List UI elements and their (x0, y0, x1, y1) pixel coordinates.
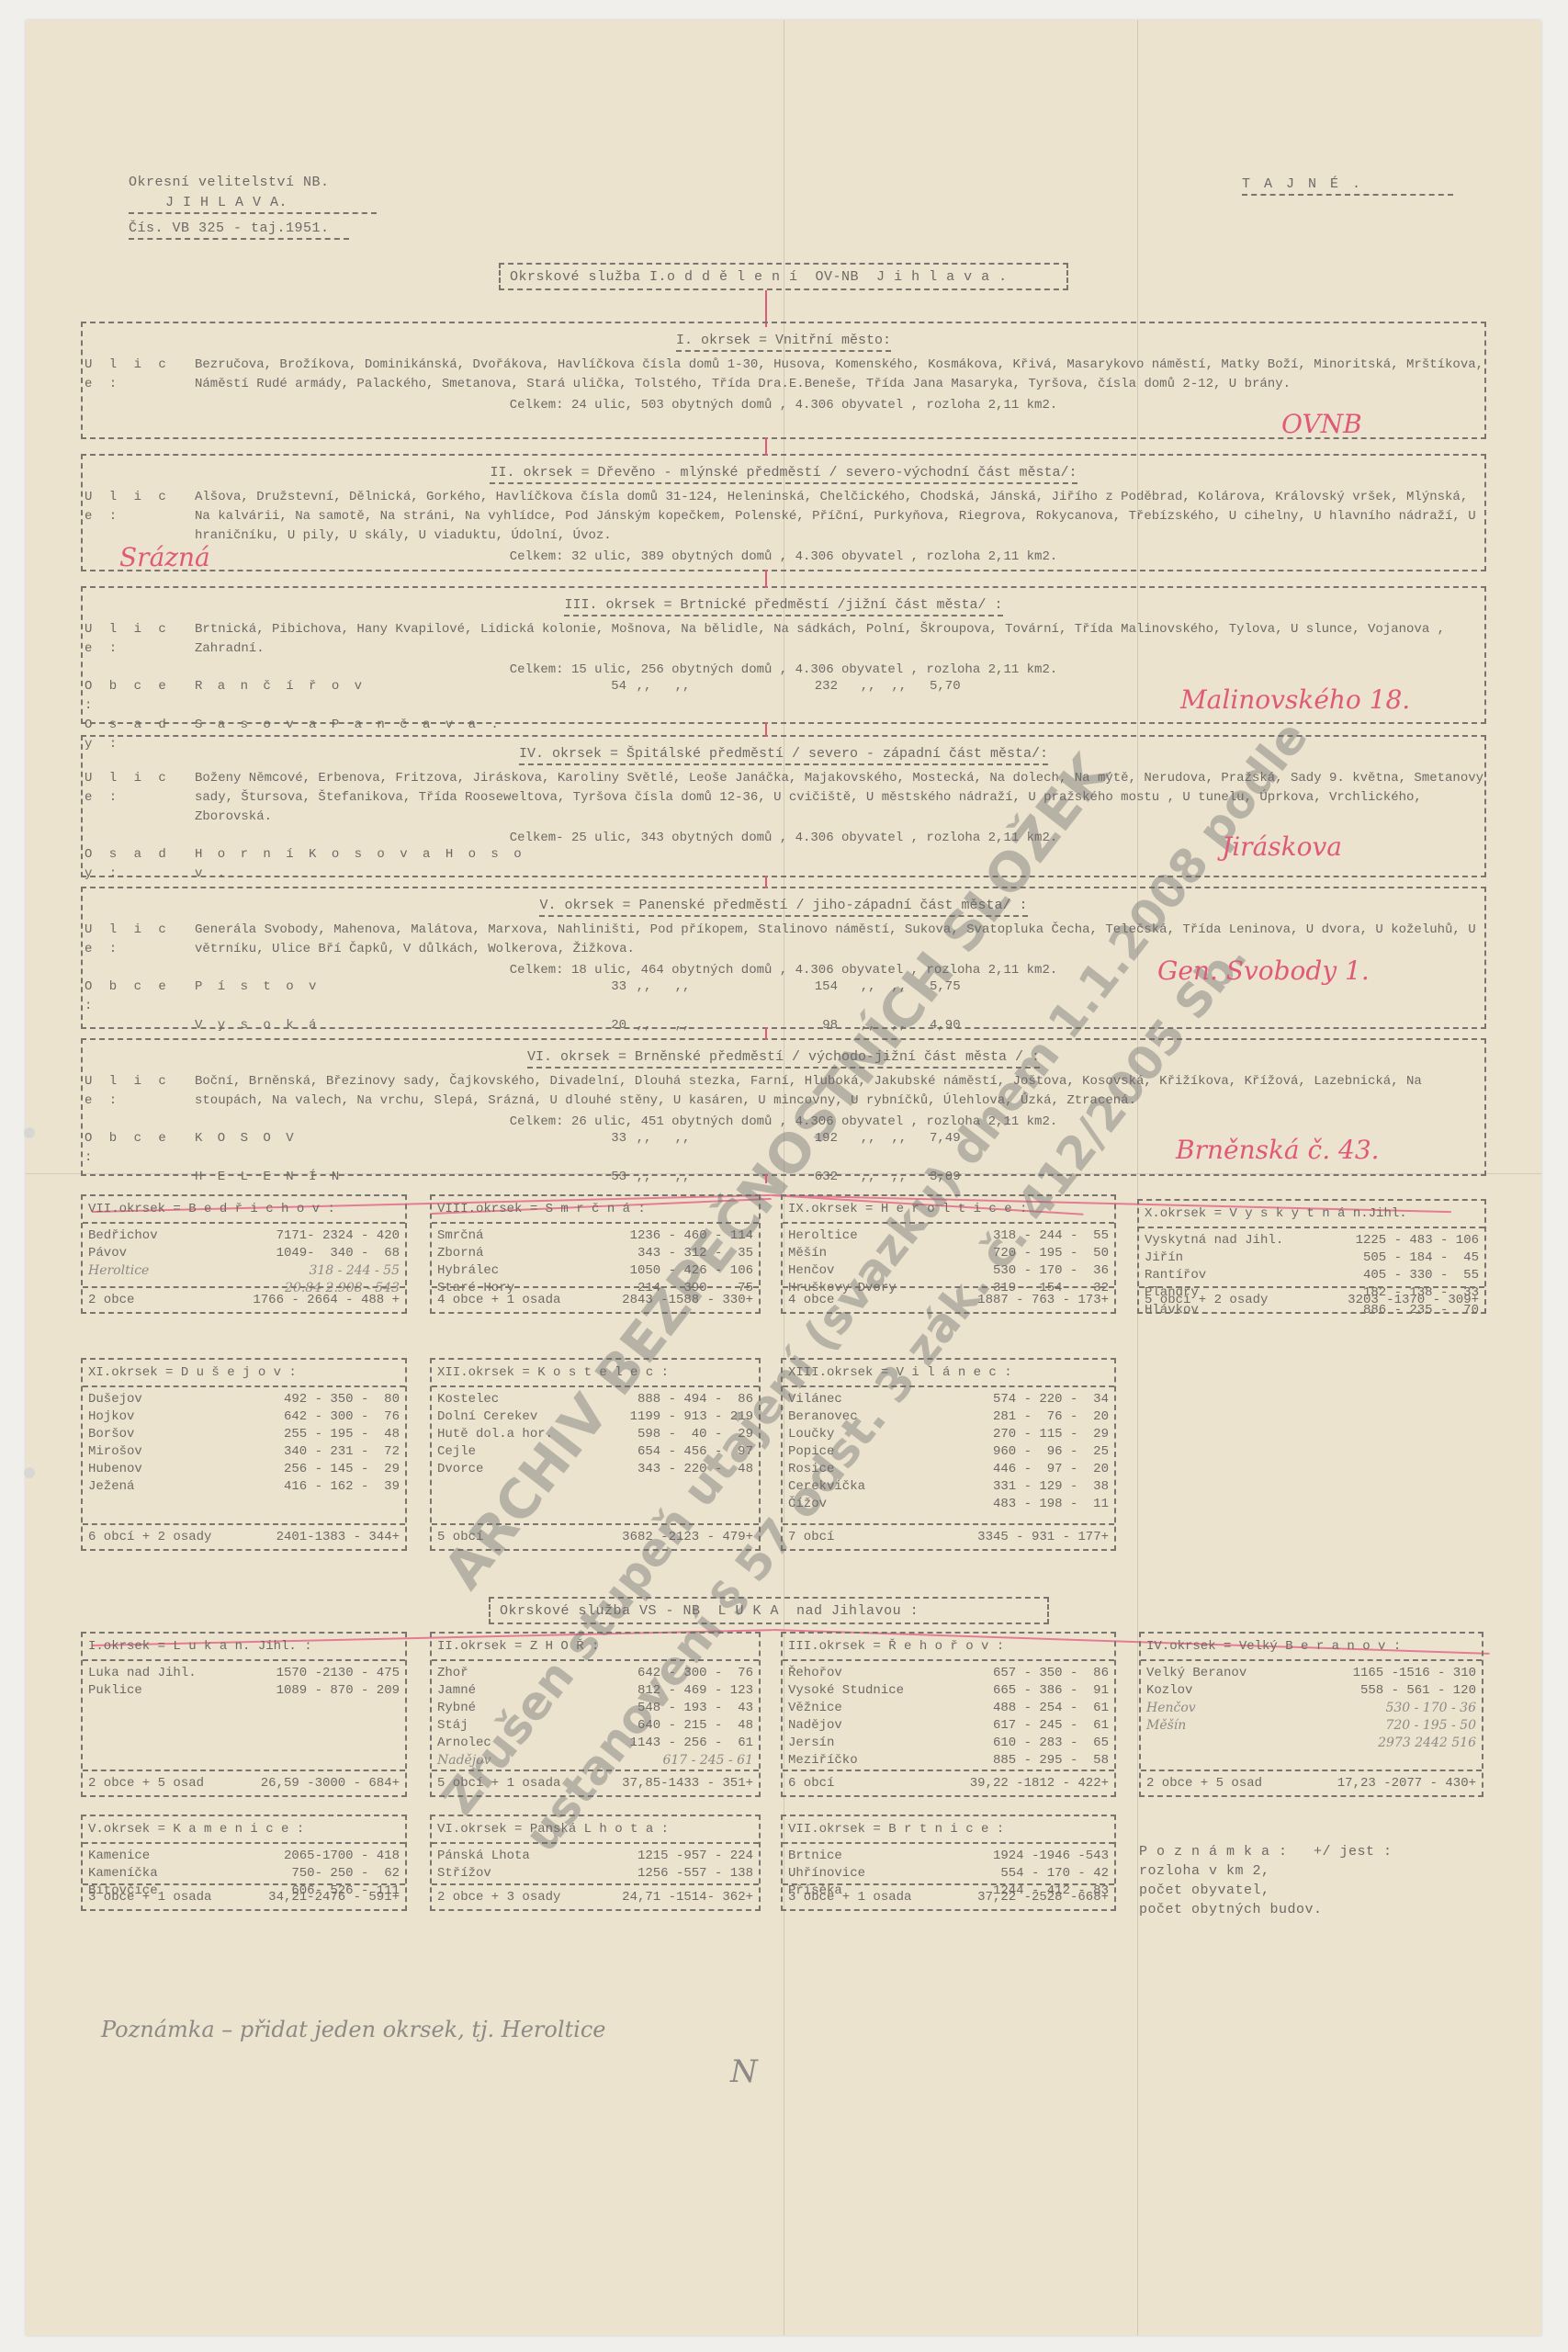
street-list: Alšova, Družstevní, Dělnická, Gorkého, H… (195, 488, 1484, 546)
district-title: IV. okrsek = Špitálské předměstí / sever… (519, 746, 1048, 765)
pencil-row: Henčov530 - 170 - 36 (1146, 1700, 1476, 1717)
village-stats: 255 - 195 - 48 (284, 1426, 400, 1443)
ditto-mark: ,, ,, (838, 1129, 930, 1168)
village-row: Rybné548 - 193 - 43 (437, 1700, 753, 1717)
village-row: Měšín720 - 195 - 50 (788, 1245, 1109, 1262)
district-totals: Celkem: 15 ulic, 256 obytných domů , 4.3… (83, 662, 1484, 677)
house-count: 33 (525, 1129, 626, 1168)
village-name: Rantířov (1145, 1267, 1206, 1284)
red-pen-annotation: OVNB (1281, 409, 1362, 439)
village-row: Jamné812 - 469 - 123 (437, 1682, 753, 1700)
okrsek-title: VII.okrsek = B r t n i c e : (783, 1816, 1114, 1844)
note-line: počet obytných budov. (1139, 1900, 1393, 1919)
pencil-row: Heroltice318 - 244 - 55 (88, 1262, 400, 1280)
red-pen-annotation: Malinovského 18. (1180, 684, 1410, 715)
pencil-village-name: Henčov (1146, 1700, 1196, 1717)
village-name: Kozlov (1146, 1682, 1192, 1700)
municipality-name: P í s t o v (195, 978, 525, 1016)
obce-label (85, 1168, 195, 1187)
district-title: III. okrsek = Brtnické předměstí /jižní … (564, 597, 1002, 616)
municipality-name: K O S O V (195, 1129, 525, 1168)
village-name: Střížov (437, 1865, 491, 1883)
village-name: Pánská Lhota (437, 1848, 530, 1865)
okrsek-box: III.okrsek = Ř e h o ř o v :Řehořov657 -… (781, 1632, 1116, 1797)
okrsek-box: VI.okrsek = Panská L h o t a :Pánská Lho… (430, 1815, 761, 1911)
village-row: Dušejov492 - 350 - 80 (88, 1391, 400, 1408)
village-name: Velký Beranov (1146, 1665, 1247, 1682)
municipality-row: V y s o k á 20 ,, ,, 98 ,, ,, 4,90 (83, 1016, 1484, 1035)
red-connector-line (765, 437, 767, 456)
village-stats: 416 - 162 - 39 (284, 1478, 400, 1496)
ditto-mark (838, 845, 930, 884)
village-stats: 558 - 561 - 120 (1360, 1682, 1476, 1700)
org-line-2: J I H L A V A. (129, 193, 377, 214)
village-stats: 340 - 231 - 72 (284, 1443, 400, 1461)
village-row: Kamenice2065-1700 - 418 (88, 1848, 400, 1865)
village-name: Hojkov (88, 1408, 134, 1426)
ulice-label: U l i c e : (85, 769, 195, 827)
village-name: Rybné (437, 1700, 476, 1717)
village-row: Velký Beranov1165 -1516 - 310 (1146, 1665, 1476, 1682)
red-connector-line (765, 876, 767, 888)
total-stats: 3203 -1370 - 309+ (1348, 1293, 1479, 1307)
village-row: Řehořov657 - 350 - 86 (788, 1665, 1109, 1682)
village-row: Střížov1256 -557 - 138 (437, 1865, 753, 1883)
village-stats: 1924 -1946 -543 (993, 1848, 1109, 1865)
village-name: Věžnice (788, 1700, 842, 1717)
village-row: Vilánec574 - 220 - 34 (788, 1391, 1109, 1408)
village-stats: 554 - 170 - 42 (1000, 1865, 1109, 1883)
ditto-mark: ,, ,, (626, 1016, 700, 1035)
village-name: Dušejov (88, 1391, 142, 1408)
red-connector-line (765, 1027, 767, 1040)
village-row: Brtnice1924 -1946 -543 (788, 1848, 1109, 1865)
okrsek-box: X.okrsek = V y s k y t n á n.Jihl.Vyskyt… (1137, 1199, 1486, 1314)
village-row: Hubenov256 - 145 - 29 (88, 1461, 400, 1478)
village-row: Mirošov340 - 231 - 72 (88, 1443, 400, 1461)
village-name: Měšín (788, 1245, 827, 1262)
village-stats: 405 - 330 - 55 (1363, 1267, 1479, 1284)
ulice-label: U l i c e : (85, 921, 195, 959)
total-stats: 37,85-1433 - 351+ (622, 1776, 753, 1791)
total-stats: 1766 - 2664 - 488 + (253, 1293, 400, 1307)
village-name: Uhřínovice (788, 1865, 865, 1883)
village-stats: 1256 -557 - 138 (637, 1865, 753, 1883)
village-stats: 505 - 184 - 45 (1363, 1249, 1479, 1267)
village-stats: 960 - 96 - 25 (993, 1443, 1109, 1461)
village-name: Henčov (788, 1262, 834, 1280)
village-stats: 750- 250 - 62 (291, 1865, 400, 1883)
okrsek-title: IV.okrsek = Velký B e r a n o v : (1141, 1634, 1482, 1661)
pencil-footer-note: Poznámka – přidat jeden okrsek, tj. Hero… (101, 2017, 605, 2042)
total-stats: 2401-1383 - 344+ (276, 1530, 400, 1544)
total-label: 3 obce + 1 osada (788, 1890, 911, 1905)
village-name: Brtnice (788, 1848, 842, 1865)
ditto-mark: ,, ,, (626, 677, 700, 716)
okrsek-total-row: 2 obce1766 - 2664 - 488 + (83, 1286, 405, 1312)
pencil-village-name: Heroltice (88, 1262, 149, 1280)
village-stats: 610 - 283 - 65 (993, 1735, 1109, 1752)
village-row: Bedřichov7171- 2324 - 420 (88, 1227, 400, 1245)
ditto-mark: ,, ,, (838, 677, 930, 716)
village-name: Jiřín (1145, 1249, 1183, 1267)
village-row: Kameníčka750- 250 - 62 (88, 1865, 400, 1883)
ditto-mark: ,, ,, (626, 1168, 700, 1187)
village-stats: 281 - 76 - 20 (993, 1408, 1109, 1426)
municipality-name: R a n č í ř o v (195, 677, 525, 716)
district-title: VI. okrsek = Brněnské předměstí / východ… (527, 1049, 1040, 1069)
village-name: Hubenov (88, 1461, 142, 1478)
village-stats: 1049- 340 - 68 (276, 1245, 400, 1262)
ulice-label: U l i c e : (85, 1072, 195, 1111)
village-name: Smrčná (437, 1227, 483, 1245)
population: 154 (700, 978, 838, 1016)
village-name: Nadějov (788, 1717, 842, 1735)
okrsek-title: III.okrsek = Ř e h o ř o v : (783, 1634, 1114, 1661)
okrsek-title: VII.okrsek = B e d ř i c h o v : (83, 1196, 405, 1224)
okrsek-title: XI.okrsek = D u š e j o v : (83, 1360, 405, 1387)
total-label: 2 obce + 5 osad (1146, 1776, 1262, 1791)
okrsek-title: V.okrsek = K a m e n i c e : (83, 1816, 405, 1844)
village-stats: 331 - 129 - 38 (993, 1478, 1109, 1496)
village-stats: 885 - 295 - 58 (993, 1752, 1109, 1770)
village-row: Jersín610 - 283 - 65 (788, 1735, 1109, 1752)
village-name: Vyskytná nad Jihl. (1145, 1232, 1283, 1249)
village-row: Vysoké Studnice665 - 386 - 91 (788, 1682, 1109, 1700)
reference-number: Čís. VB 325 - taj.1951. (129, 219, 349, 240)
village-name: Mirošov (88, 1443, 142, 1461)
village-name: Pávov (88, 1245, 127, 1262)
street-list: Generála Svobody, Mahenova, Malátova, Ma… (195, 921, 1484, 959)
ditto-mark (626, 845, 700, 884)
street-list: Bezručova, Brožíkova, Dominikánská, Dvoř… (195, 356, 1484, 394)
section-1-title: Okrskové služba I.o d d ě l e n í OV-NB … (501, 265, 1066, 289)
village-stats: 1089 - 870 - 209 (276, 1682, 400, 1700)
okrsek-title: X.okrsek = V y s k y t n á n.Jihl. (1139, 1201, 1484, 1228)
okrsek-total-row: 2 obce + 3 osady24,71 -1514- 362+ (432, 1883, 759, 1909)
house-count: 53 (525, 1168, 626, 1187)
village-name: Kamenice (88, 1848, 150, 1865)
total-stats: 39,22 -1812 - 422+ (970, 1776, 1109, 1791)
note-line: rozloha v km 2, (1139, 1861, 1393, 1881)
municipality-name: H o r n í K o s o v a H o s o v . (195, 845, 525, 884)
okrsek-title: I.okrsek = L u k a n. Jihl. : (83, 1634, 405, 1661)
total-label: 4 obce + 1 osada (437, 1293, 560, 1307)
village-stats: 483 - 198 - 11 (993, 1496, 1109, 1513)
village-row: Kozlov558 - 561 - 120 (1146, 1682, 1476, 1700)
obce-label: O b c e : (85, 677, 195, 716)
village-name: Kameníčka (88, 1865, 158, 1883)
okrsek-box: XI.okrsek = D u š e j o v :Dušejov492 - … (81, 1358, 407, 1551)
total-label: 6 obcí + 2 osady (88, 1530, 211, 1544)
pencil-village-stats: 530 - 170 - 36 (1385, 1700, 1476, 1717)
red-pen-annotation: Brněnská č. 43. (1176, 1135, 1380, 1165)
population: 98 (700, 1016, 838, 1035)
village-row: Luka nad Jihl.1570 -2130 - 475 (88, 1665, 400, 1682)
okrsek-total-row: 6 obcí + 2 osady2401-1383 - 344+ (83, 1523, 405, 1549)
house-count (525, 845, 626, 884)
village-stats: 492 - 350 - 80 (284, 1391, 400, 1408)
population: 232 (700, 677, 838, 716)
obce-label: O b c e : (85, 978, 195, 1016)
pencil-village-name: Měšín (1146, 1717, 1186, 1735)
village-name: Puklice (88, 1682, 142, 1700)
district-totals: Celkem: 24 ulic, 503 obytných domů , 4.3… (83, 398, 1484, 413)
village-name: Jamné (437, 1682, 476, 1700)
classification-stamp: T A J N É . (1242, 175, 1453, 196)
village-row: Boršov255 - 195 - 48 (88, 1426, 400, 1443)
note-line: počet obyvatel, (1139, 1881, 1393, 1900)
area-km2: 5,70 (930, 677, 1040, 716)
note-title: P o z n á m k a : +/ jest : (1139, 1842, 1393, 1861)
village-row: Rantířov405 - 330 - 55 (1145, 1267, 1479, 1284)
okrsek-box: V.okrsek = K a m e n i c e :Kamenice2065… (81, 1815, 407, 1911)
okrsek-total-row: 2 obce + 5 osad17,23 -2077 - 430+ (1141, 1770, 1482, 1795)
district-box: I. okrsek = Vnitřní město: U l i c e : B… (81, 322, 1486, 439)
okrsek-total-row: 2 obce + 5 osad26,59 -3000 - 684+ (83, 1770, 405, 1795)
total-label: 2 obce + 5 osad (88, 1776, 204, 1791)
pencil-village-stats: 617 - 245 - 61 (662, 1752, 753, 1770)
total-label: 6 obcí (788, 1776, 834, 1791)
total-stats: 17,23 -2077 - 430+ (1337, 1776, 1476, 1791)
municipality-name: V y s o k á (195, 1016, 525, 1035)
village-name: Stáj (437, 1717, 468, 1735)
municipality-name: H E L E N Í N (195, 1168, 525, 1187)
obce-label: O b c e : (85, 1129, 195, 1168)
village-name: Vysoké Studnice (788, 1682, 904, 1700)
pencil-initials: N (730, 2053, 758, 2090)
village-name: Cejle (437, 1443, 476, 1461)
obce-label (85, 1016, 195, 1035)
village-row: Heroltice318 - 244 - 55 (788, 1227, 1109, 1245)
village-name: Řehořov (788, 1665, 842, 1682)
red-pen-annotation: Jiráskova (1222, 831, 1342, 862)
pencil-row: 2973 2442 516 (1146, 1735, 1476, 1752)
pencil-village-stats: 2973 2442 516 (1378, 1735, 1476, 1752)
org-line-1: Okresní velitelství NB. (129, 173, 330, 192)
punch-hole (24, 1127, 35, 1138)
okrsek-total-row: 3 obce + 1 osada37,22 -2528 -668+ (783, 1883, 1114, 1909)
village-row: Pávov1049- 340 - 68 (88, 1245, 400, 1262)
district-title: II. okrsek = Dřevěno - mlýnské předměstí… (490, 465, 1077, 484)
village-name: Dvorce (437, 1461, 483, 1478)
house-count: 54 (525, 677, 626, 716)
okrsek-total-row: 3 obce + 1 osada34,21-2476 - 591+ (83, 1883, 405, 1909)
village-name: Dolní Cerekev (437, 1408, 537, 1426)
village-name: Hybrálec (437, 1262, 499, 1280)
village-stats: 270 - 115 - 29 (993, 1426, 1109, 1443)
village-stats: 1165 -1516 - 310 (1353, 1665, 1476, 1682)
village-stats: 657 - 350 - 86 (993, 1665, 1109, 1682)
village-row: Hojkov642 - 300 - 76 (88, 1408, 400, 1426)
red-pen-annotation: Srázná (119, 542, 210, 572)
okrsek-title: VI.okrsek = Panská L h o t a : (432, 1816, 759, 1844)
village-name: Boršov (88, 1426, 134, 1443)
punch-hole (24, 1467, 35, 1478)
district-box: II. okrsek = Dřevěno - mlýnské předměstí… (81, 454, 1486, 571)
village-row: Věžnice488 - 254 - 61 (788, 1700, 1109, 1717)
village-row: Jiřín505 - 184 - 45 (1145, 1249, 1479, 1267)
total-label: 3 obce + 1 osada (88, 1890, 211, 1905)
red-pen-annotation: Gen. Svobody 1. (1157, 955, 1370, 986)
ulice-label: U l i c e : (85, 488, 195, 546)
okrsek-total-row: 6 obcí39,22 -1812 - 422+ (783, 1770, 1114, 1795)
street-list: Brtnická, Pibichova, Hany Kvapilové, Lid… (195, 620, 1484, 659)
total-stats: 34,21-2476 - 591+ (268, 1890, 400, 1905)
red-connector-line (765, 722, 767, 737)
okrsek-total-row: 5 obcí + 2 osady3203 -1370 - 309+ (1139, 1286, 1484, 1312)
village-stats: 665 - 386 - 91 (993, 1682, 1109, 1700)
village-name: Zborná (437, 1245, 483, 1262)
red-connector-line (765, 1174, 767, 1183)
pencil-village-stats: 318 - 244 - 55 (309, 1262, 400, 1280)
village-row: Uhřínovice554 - 170 - 42 (788, 1865, 1109, 1883)
village-name: Heroltice (788, 1227, 858, 1245)
okrsek-box: VII.okrsek = B e d ř i c h o v :Bedřicho… (81, 1194, 407, 1314)
population (700, 845, 838, 884)
total-stats: 3345 - 931 - 177+ (977, 1530, 1109, 1544)
ditto-mark: ,, ,, (626, 1129, 700, 1168)
village-name: Bedřichov (88, 1227, 158, 1245)
village-name: Ježená (88, 1478, 134, 1496)
total-label: 2 obce + 3 osady (437, 1890, 560, 1905)
village-stats: 1570 -2130 - 475 (276, 1665, 400, 1682)
village-name: Jersín (788, 1735, 834, 1752)
total-stats: 24,71 -1514- 362+ (622, 1890, 753, 1905)
village-stats: 1215 -957 - 224 (637, 1848, 753, 1865)
village-row: Puklice1089 - 870 - 209 (88, 1682, 400, 1700)
ulice-label: U l i c e : (85, 356, 195, 394)
pencil-village-stats: 720 - 195 - 50 (1385, 1717, 1476, 1735)
village-name: Zhoř (437, 1665, 468, 1682)
village-stats: 574 - 220 - 34 (993, 1391, 1109, 1408)
okrsek-box: IV.okrsek = Velký B e r a n o v :Velký B… (1139, 1632, 1483, 1797)
total-stats: 37,22 -2528 -668+ (977, 1890, 1109, 1905)
district-totals: Celkem: 32 ulic, 389 obytných domů , 4.3… (83, 549, 1484, 564)
village-name: Kostelec (437, 1391, 499, 1408)
village-stats: 488 - 254 - 61 (993, 1700, 1109, 1717)
village-stats: 446 - 97 - 20 (993, 1461, 1109, 1478)
house-count: 20 (525, 1016, 626, 1035)
village-stats: 256 - 145 - 29 (284, 1461, 400, 1478)
okrsek-box: VII.okrsek = B r t n i c e :Brtnice1924 … (781, 1815, 1116, 1911)
village-name: Luka nad Jihl. (88, 1665, 197, 1682)
red-connector-line (765, 570, 767, 588)
ulice-label: U l i c e : (85, 620, 195, 659)
village-stats: 1225 - 483 - 106 (1356, 1232, 1479, 1249)
obce-label: O s a d y : (85, 845, 195, 884)
total-label: 5 obcí + 2 osady (1145, 1293, 1268, 1307)
district-title: I. okrsek = Vnitřní město: (676, 333, 891, 352)
village-row: Vyskytná nad Jihl.1225 - 483 - 106 (1145, 1232, 1479, 1249)
pencil-row: Měšín720 - 195 - 50 (1146, 1717, 1476, 1735)
okrsek-box: I.okrsek = L u k a n. Jihl. :Luka nad Ji… (81, 1632, 407, 1797)
village-stats: 642 - 300 - 76 (284, 1408, 400, 1426)
village-row: Ježená416 - 162 - 39 (88, 1478, 400, 1496)
note-block: P o z n á m k a : +/ jest : rozloha v km… (1139, 1842, 1393, 1919)
section-1-title-box: Okrskové služba I.o d d ě l e n í OV-NB … (499, 263, 1068, 290)
village-row: Pánská Lhota1215 -957 - 224 (437, 1848, 753, 1865)
village-row: Meziříčko885 - 295 - 58 (788, 1752, 1109, 1770)
village-stats: 2065-1700 - 418 (284, 1848, 400, 1865)
village-stats: 7171- 2324 - 420 (276, 1227, 400, 1245)
village-row: Nadějov617 - 245 - 61 (788, 1717, 1109, 1735)
village-stats: 617 - 245 - 61 (993, 1717, 1109, 1735)
village-name: Meziříčko (788, 1752, 858, 1770)
house-count: 33 (525, 978, 626, 1016)
total-stats: 26,59 -3000 - 684+ (261, 1776, 400, 1791)
okrsek-total-row: 7 obcí3345 - 931 - 177+ (783, 1523, 1114, 1549)
total-label: 2 obce (88, 1293, 134, 1307)
ditto-mark: ,, ,, (626, 978, 700, 1016)
